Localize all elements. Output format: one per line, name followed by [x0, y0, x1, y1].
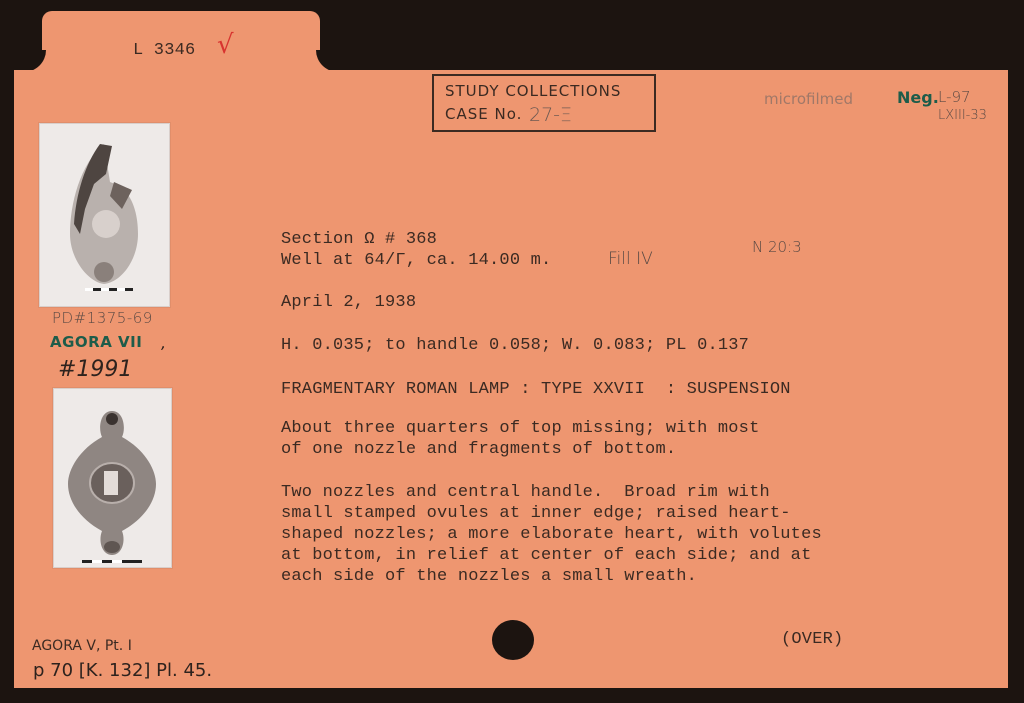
fill-note: Fill IV: [608, 249, 653, 269]
stamp-line-2: CASE No.: [445, 105, 522, 123]
neg-sub-number: LXIII-33: [938, 108, 987, 123]
dimensions-line: H. 0.035; to handle 0.058; W. 0.083; PL …: [281, 335, 749, 356]
agora-v-reference: p 70 [K. 132] Pl. 45.: [33, 660, 212, 681]
neg-label: Neg.: [897, 88, 939, 107]
stamp-line-1: STUDY COLLECTIONS: [445, 82, 621, 100]
condition-line: About three quarters of top missing; wit…: [281, 418, 759, 439]
location-line: Well at 64/Γ, ca. 14.00 m.: [281, 250, 551, 271]
n-note: N 20:3: [752, 238, 802, 256]
agora-vii-number: #1991: [58, 357, 132, 382]
comma-mark: ,: [161, 333, 166, 352]
photo-lamp: [53, 388, 172, 568]
date-line: April 2, 1938: [281, 292, 416, 313]
description-line: shaped nozzles; a more elaborate heart, …: [281, 524, 822, 545]
lamp-fragment-image: [40, 124, 169, 306]
description-paragraph: Two nozzles and central handle. Broad ri…: [281, 482, 822, 587]
photo-number: PD#1375-69: [52, 309, 153, 327]
object-title: FRAGMENTARY ROMAN LAMP : TYPE XXVII : SU…: [281, 379, 791, 400]
agora-vii-stamp: AGORA VII: [50, 333, 142, 351]
punch-hole: [492, 620, 534, 660]
check-mark-icon: √: [217, 30, 234, 60]
microfilmed-stamp: microfilmed: [764, 90, 853, 108]
photo-fragment: [39, 123, 170, 307]
section-line: Section Ω # 368: [281, 229, 437, 250]
tab-corner-left: [14, 50, 46, 72]
over-label: (OVER): [781, 629, 843, 650]
description-line: Two nozzles and central handle. Broad ri…: [281, 482, 822, 503]
tab-corner-right: [316, 50, 348, 72]
condition-paragraph: About three quarters of top missing; wit…: [281, 418, 759, 460]
agora-v-stamp: AGORA V, Pt. I: [32, 638, 132, 654]
description-line: at bottom, in relief at center of each s…: [281, 545, 822, 566]
study-collections-stamp: STUDY COLLECTIONS CASE No. 27-Ξ: [432, 74, 656, 132]
description-line: each side of the nozzles a small wreath.: [281, 566, 822, 587]
condition-line: of one nozzle and fragments of bottom.: [281, 439, 759, 460]
lamp-image: [54, 389, 171, 567]
case-number: 27-Ξ: [529, 104, 572, 126]
catalog-number: L 3346: [133, 40, 195, 61]
neg-number: L-97: [938, 88, 971, 106]
description-line: small stamped ovules at inner edge; rais…: [281, 503, 822, 524]
